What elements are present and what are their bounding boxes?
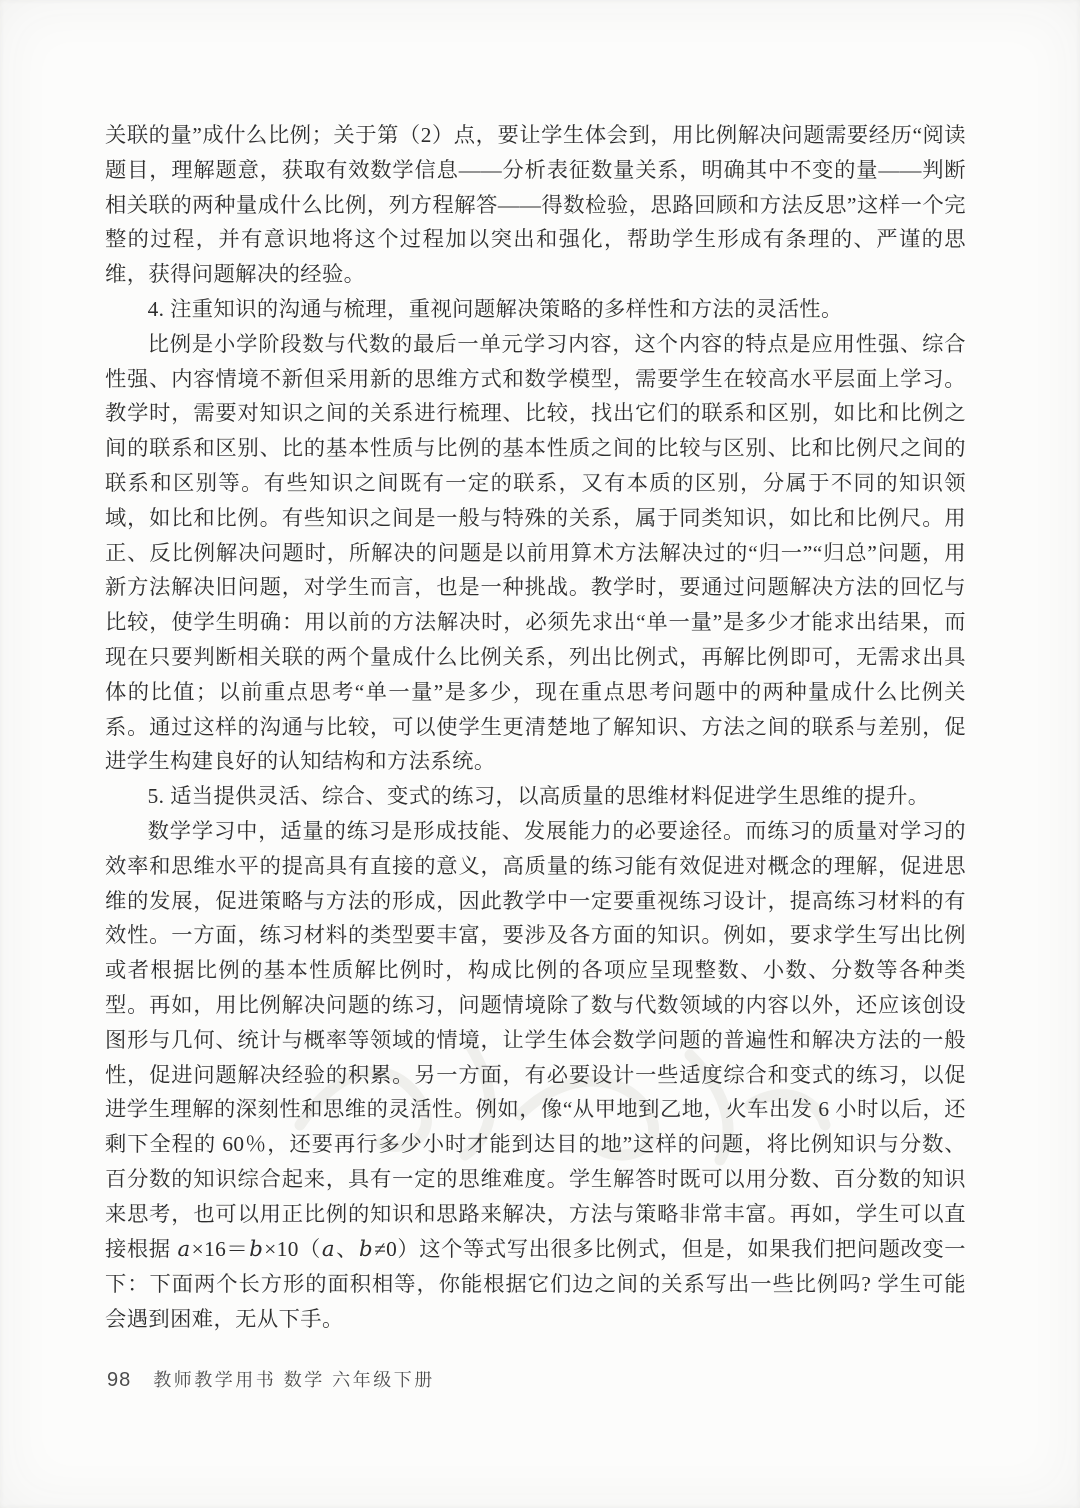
page-number: 98 (107, 1369, 131, 1392)
text-run: 数学学习中，适量的练习是形成技能、发展能力的必要途径。而练习的质量对学习的效率和… (105, 819, 966, 1261)
continuation-paragraph: 关联的量”成什么比例；关于第（2）点，要让学生体会到，用比例解决问题需要经历“阅… (105, 118, 966, 292)
text-run: 关联的量”成什么比例；关于第（2）点，要让学生体会到，用比例解决问题需要经历“阅… (105, 123, 966, 286)
text-run: ×16＝ (192, 1237, 249, 1261)
scanned-book-page: 关联的量”成什么比例；关于第（2）点，要让学生体会到，用比例解决问题需要经历“阅… (0, 0, 1080, 1508)
math-variable: b (248, 1237, 264, 1262)
math-variable: b (358, 1237, 374, 1262)
section-heading-5: 5. 适当提供灵活、综合、变式的练习，以高质量的思维材料促进学生思维的提升。 (105, 779, 966, 814)
page-footer: 98 教师教学用书 数学 六年级下册 (107, 1366, 435, 1392)
text-body: 关联的量”成什么比例；关于第（2）点，要让学生体会到，用比例解决问题需要经历“阅… (105, 118, 966, 1337)
text-run: 比例是小学阶段数与代数的最后一单元学习内容，这个内容的特点是应用性强、综合性强、… (105, 332, 966, 774)
text-run: 4. 注重知识的沟通与梳理，重视问题解决策略的多样性和方法的灵活性。 (148, 297, 843, 321)
section-heading-4: 4. 注重知识的沟通与梳理，重视问题解决策略的多样性和方法的灵活性。 (105, 292, 966, 327)
paragraph-practice-design: 数学学习中，适量的练习是形成技能、发展能力的必要途径。而练习的质量对学习的效率和… (105, 814, 966, 1337)
math-variable: a (321, 1237, 336, 1262)
book-info: 教师教学用书 数学 六年级下册 (153, 1366, 435, 1392)
text-run: 、 (336, 1237, 358, 1261)
math-variable: a (177, 1237, 192, 1262)
text-run: 5. 适当提供灵活、综合、变式的练习，以高质量的思维材料促进学生思维的提升。 (148, 784, 930, 808)
text-run: ×10（ (264, 1237, 321, 1261)
paragraph-knowledge-sorting: 比例是小学阶段数与代数的最后一单元学习内容，这个内容的特点是应用性强、综合性强、… (105, 327, 966, 779)
